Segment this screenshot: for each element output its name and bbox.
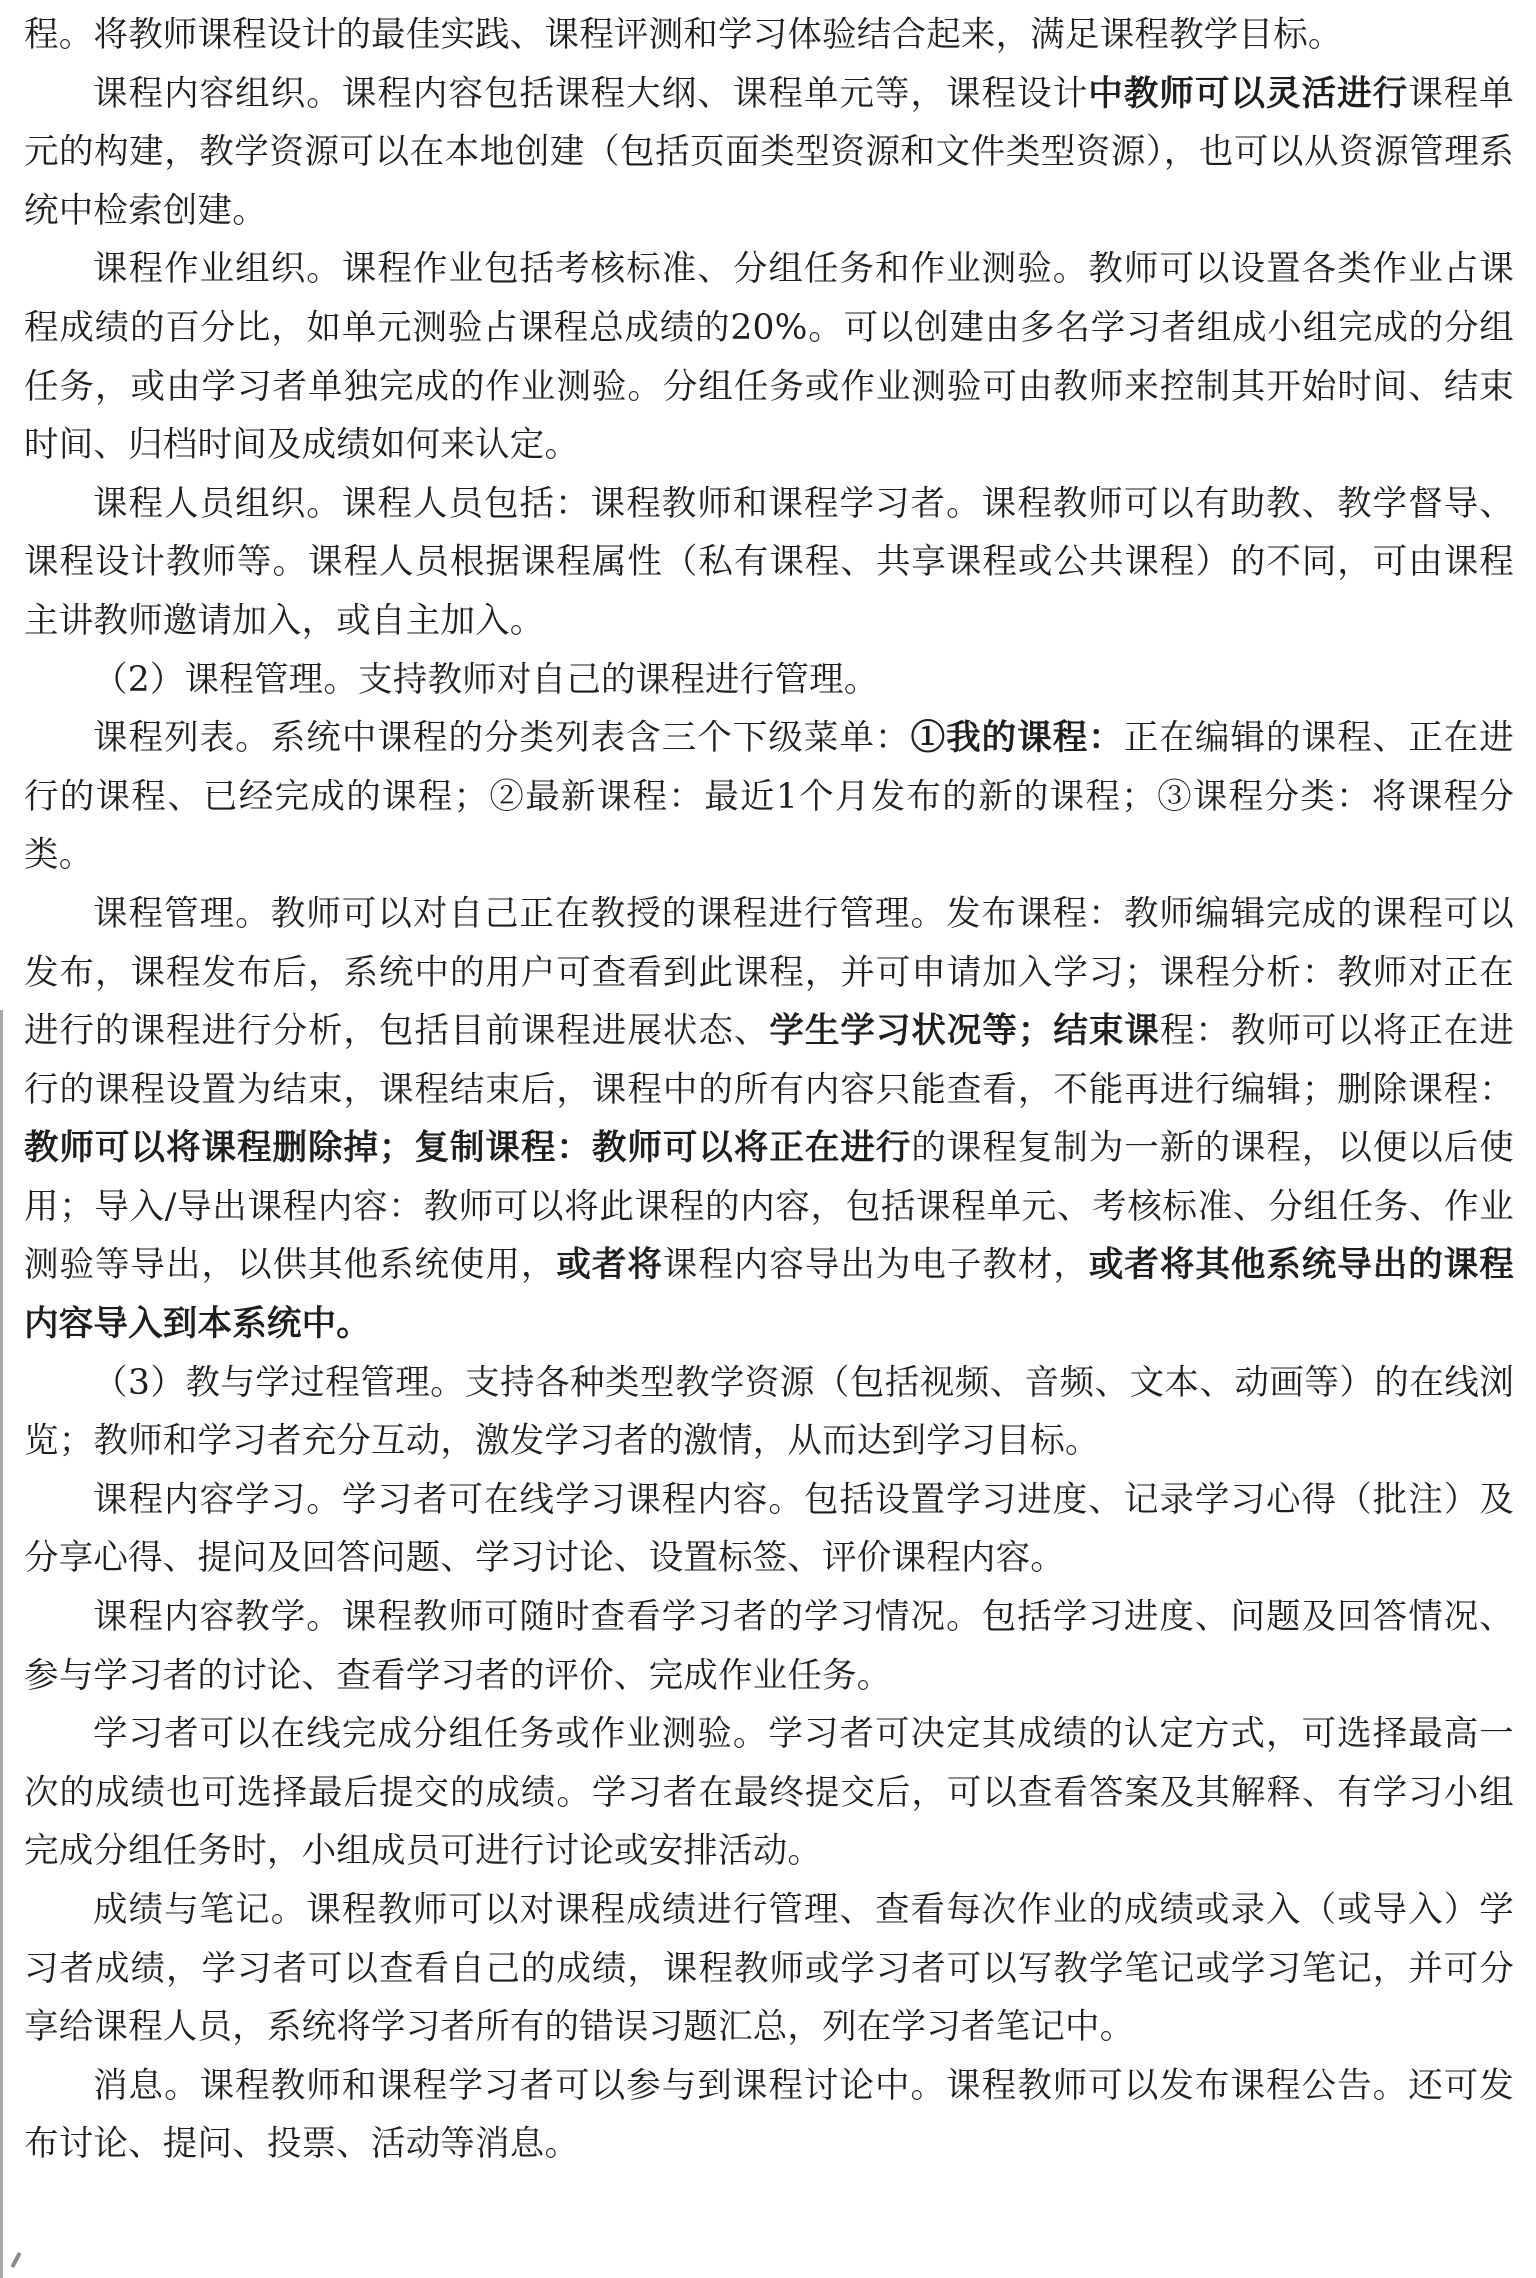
text-segment: 课程人员组织。课程人员包括：课程教师和课程学习者。课程教师可以有助教、教学督导、… [24, 484, 1514, 641]
paragraph-course-content-teaching: 课程内容教学。课程教师可随时查看学习者的学习情况。包括学习进度、问题及回答情况、… [24, 1588, 1514, 1705]
text-segment: 消息。课程教师和课程学习者可以参与到课程讨论中。课程教师可以发布课程公告。还可发… [24, 2066, 1514, 2165]
text-segment: 课程列表。系统中课程的分类列表含三个下级菜单： [93, 718, 911, 758]
paragraph-teaching-learning-process-heading: （3）教与学过程管理。支持各种类型教学资源（包括视频、音频、文本、动画等）的在线… [24, 1354, 1514, 1471]
text-segment-bold: 中教师可以灵活进行 [1088, 74, 1408, 114]
paragraph-grades-and-notes: 成绩与笔记。课程教师可以对课程成绩进行管理、查看每次作业的成绩或录入（或导入）学… [24, 1881, 1514, 2057]
text-segment: 课程内容组织。课程内容包括课程大纲、课程单元等，课程设计 [93, 74, 1088, 114]
text-segment: 程。将教师课程设计的最佳实践、课程评测和学习体验结合起来，满足课程教学目标。 [24, 15, 1343, 55]
text-segment: 学习者可以在线完成分组任务或作业测验。学习者可决定其成绩的认定方式，可选择最高一… [24, 1714, 1514, 1871]
text-segment: （2）课程管理。支持教师对自己的课程进行管理。 [93, 660, 879, 700]
text-segment: 课程内容教学。课程教师可随时查看学习者的学习情况。包括学习进度、问题及回答情况、… [24, 1597, 1514, 1696]
text-segment-bold: 学生学习状况等；结束课 [769, 1011, 1159, 1051]
paragraph-online-assignments: 学习者可以在线完成分组任务或作业测验。学习者可决定其成绩的认定方式，可选择最高一… [24, 1705, 1514, 1881]
paragraph-course-content-learning: 课程内容学习。学习者可在线学习课程内容。包括设置学习进度、记录学习心得（批注）及… [24, 1471, 1514, 1588]
text-segment: 课程作业组织。课程作业包括考核标准、分组任务和作业测验。教师可以设置各类作业占课… [24, 249, 1514, 465]
text-segment-bold: 或者将 [556, 1245, 662, 1285]
paragraph-course-assignment-organization: 课程作业组织。课程作业包括考核标准、分组任务和作业测验。教师可以设置各类作业占课… [24, 240, 1514, 474]
document-page: 程。将教师课程设计的最佳实践、课程评测和学习体验结合起来，满足课程教学目标。 课… [24, 6, 1514, 2174]
text-segment: 课程内容学习。学习者可在线学习课程内容。包括设置学习进度、记录学习心得（批注）及… [24, 1480, 1514, 1579]
paragraph-intro-end: 程。将教师课程设计的最佳实践、课程评测和学习体验结合起来，满足课程教学目标。 [24, 6, 1514, 65]
text-segment-bold: 教师可以将课程删除掉；复制课程：教师可以将正在进行 [24, 1128, 911, 1168]
paragraph-course-list: 课程列表。系统中课程的分类列表含三个下级菜单：①我的课程：正在编辑的课程、正在进… [24, 709, 1514, 885]
paragraph-messages: 消息。课程教师和课程学习者可以参与到课程讨论中。课程教师可以发布课程公告。还可发… [24, 2057, 1514, 2174]
text-segment: （3）教与学过程管理。支持各种类型教学资源（包括视频、音频、文本、动画等）的在线… [24, 1363, 1514, 1462]
paragraph-course-personnel-organization: 课程人员组织。课程人员包括：课程教师和课程学习者。课程教师可以有助教、教学督导、… [24, 475, 1514, 651]
text-segment: 成绩与笔记。课程教师可以对课程成绩进行管理、查看每次作业的成绩或录入（或导入）学… [24, 1890, 1514, 2047]
paragraph-course-content-organization: 课程内容组织。课程内容包括课程大纲、课程单元等，课程设计中教师可以灵活进行课程单… [24, 65, 1514, 241]
paragraph-course-management: 课程管理。教师可以对自己正在教授的课程进行管理。发布课程：教师编辑完成的课程可以… [24, 885, 1514, 1354]
scan-corner-mark [10, 2252, 21, 2268]
text-segment-bold: ①我的课程： [911, 718, 1124, 758]
text-segment: 课程内容导出为电子教材， [663, 1245, 1089, 1285]
page-edge-rule [0, 1010, 3, 2278]
paragraph-course-management-heading: （2）课程管理。支持教师对自己的课程进行管理。 [24, 651, 1514, 710]
